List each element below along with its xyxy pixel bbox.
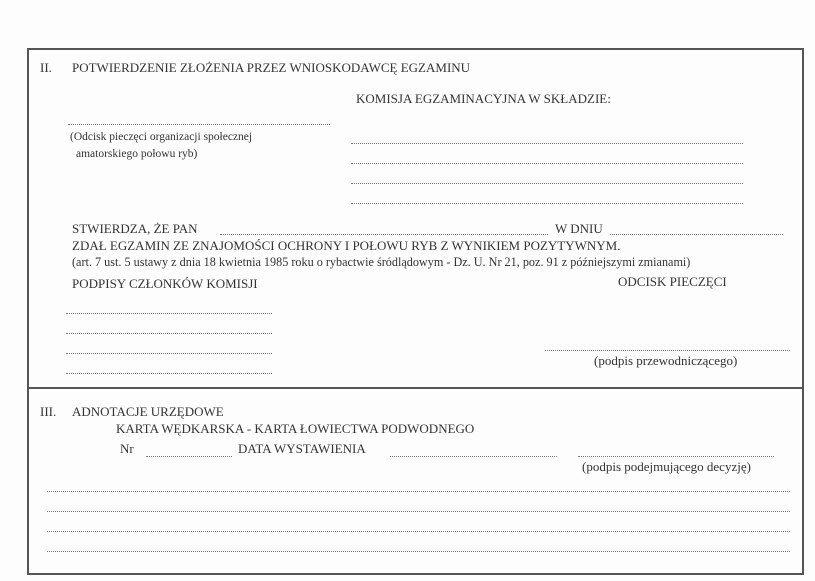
chairman-signature-field[interactable] <box>545 350 790 351</box>
member-signature-field-1[interactable] <box>66 313 272 314</box>
certifies-label: STWIERDZA, ŻE PAN <box>72 221 198 236</box>
decision-maker-caption: (podpis podejmującego decyzję) <box>582 459 751 474</box>
official-notes-field-4[interactable] <box>47 551 790 552</box>
member-signature-field-3[interactable] <box>66 353 272 354</box>
commission-heading: KOMISJA EGZAMINACYJNA W SKŁADZIE: <box>356 91 611 106</box>
commission-member-field-3[interactable] <box>351 183 743 184</box>
stamp-caption-line-2: amatorskiego połowu ryb) <box>76 147 197 161</box>
section-2-number: II. <box>40 60 52 75</box>
document-page: II. POTWIERDZENIE ZŁOŻENIA PRZEZ WNIOSKO… <box>0 0 815 581</box>
card-title: KARTA WĘDKARSKA - KARTA ŁOWIECTWA PODWOD… <box>116 421 474 436</box>
issue-date-label: DATA WYSTAWIENIA <box>238 441 366 456</box>
official-notes-field-2[interactable] <box>47 511 790 512</box>
passed-statement: ZDAŁ EGZAMIN ZE ZNAJOMOŚCI OCHRONY I POŁ… <box>72 238 621 253</box>
commission-member-field-1[interactable] <box>351 143 743 144</box>
section-3-number: III. <box>40 404 56 419</box>
section-3-title: ADNOTACJE URZĘDOWE <box>72 404 224 419</box>
nr-label: Nr <box>120 441 134 456</box>
chairman-caption: (podpis przewodniczącego) <box>594 353 737 368</box>
legal-basis: (art. 7 ust. 5 ustawy z dnia 18 kwietnia… <box>72 255 690 269</box>
member-signatures-label: PODPISY CZŁONKÓW KOMISJI <box>72 276 258 291</box>
section-2-title: POTWIERDZENIE ZŁOŻENIA PRZEZ WNIOSKODAWC… <box>72 60 470 75</box>
card-number-field[interactable] <box>146 456 232 457</box>
exam-date-field[interactable] <box>610 234 783 235</box>
decision-maker-signature-field[interactable] <box>578 456 774 457</box>
member-signature-field-2[interactable] <box>66 333 272 334</box>
commission-member-field-4[interactable] <box>351 203 743 204</box>
stamp-label: ODCISK PIECZĘCI <box>618 274 727 289</box>
organization-stamp-line <box>68 124 330 125</box>
commission-member-field-2[interactable] <box>351 163 743 164</box>
form-frame <box>27 48 804 575</box>
section-divider <box>27 387 802 389</box>
date-label: W DNIU <box>555 221 603 236</box>
stamp-caption-line-1: (Odcisk pieczęci organizacji społecznej <box>70 130 252 144</box>
issue-date-field[interactable] <box>390 456 557 457</box>
member-signature-field-4[interactable] <box>66 373 272 374</box>
candidate-name-field[interactable] <box>220 234 548 235</box>
official-notes-field-1[interactable] <box>47 491 790 492</box>
official-notes-field-3[interactable] <box>47 531 790 532</box>
